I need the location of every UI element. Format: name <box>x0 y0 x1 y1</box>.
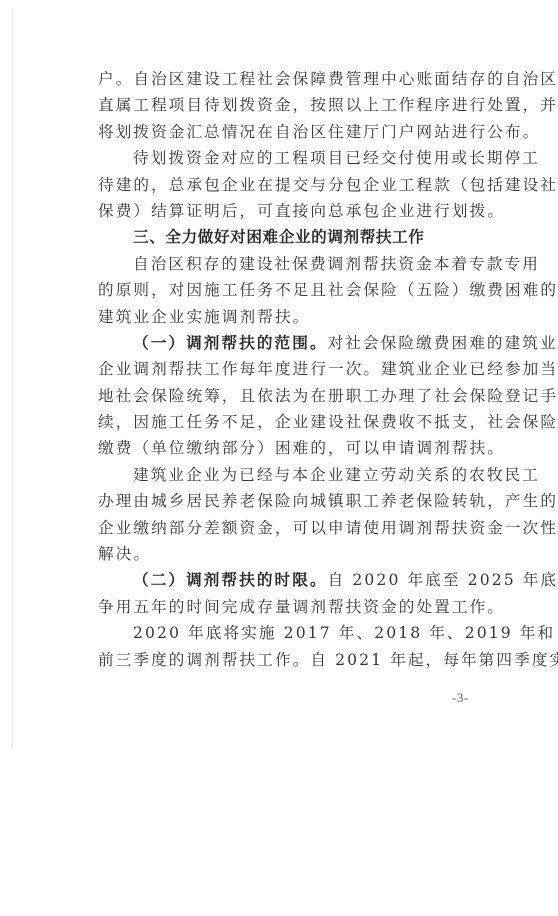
body-line: 前三季度的调剂帮扶工作。自 2021 年起，每年第四季度实 <box>98 647 474 673</box>
subsection-1-title: （一）调剂帮扶的范围。 <box>133 333 328 352</box>
section-heading: 三、全力做好对困难企业的调剂帮扶工作 <box>98 224 474 250</box>
body-line: 保费）结算证明后，可直接向总承包企业进行划拨。 <box>98 198 474 224</box>
body-line: 建筑业企业实施调剂帮扶。 <box>98 304 474 330</box>
body-line: 解决。 <box>98 541 474 567</box>
page-number: -3- <box>452 690 469 706</box>
body-line: 企业调剂帮扶工作每年度进行一次。建筑业企业已经参加当 <box>98 356 474 382</box>
body-line: 企业缴纳部分差额资金，可以申请使用调剂帮扶资金一次性 <box>98 515 474 541</box>
body-line: 地社会保险统筹，且依法为在册职工办理了社会保险登记手 <box>98 383 474 409</box>
scan-edge-line <box>12 8 13 748</box>
body-line: 的原则，对因施工任务不足且社会保险（五险）缴费困难的 <box>98 277 474 303</box>
body-line: 建筑业企业为已经与本企业建立劳动关系的农牧民工 <box>98 462 474 488</box>
body-line: 2020 年底将实施 2017 年、2018 年、2019 年和 2020 年 <box>98 620 474 646</box>
body-line: 争用五年的时间完成存量调剂帮扶资金的处置工作。 <box>98 594 474 620</box>
body-line: 户。自治区建设工程社会保障费管理中心账面结存的自治区 <box>98 66 474 92</box>
document-body: 户。自治区建设工程社会保障费管理中心账面结存的自治区 直属工程项目待划拨资金，按… <box>98 66 474 673</box>
subsection-2-title: （二）调剂帮扶的时限。 <box>133 570 328 589</box>
body-line: 直属工程项目待划拨资金，按照以上工作程序进行处置，并 <box>98 92 474 118</box>
body-line: 缴费（单位缴纳部分）困难的，可以申请调剂帮扶。 <box>98 435 474 461</box>
body-line: 将划拨资金汇总情况在自治区住建厅门户网站进行公布。 <box>98 119 474 145</box>
document-page: 户。自治区建设工程社会保障费管理中心账面结存的自治区 直属工程项目待划拨资金，按… <box>0 0 558 916</box>
body-line: 待建的，总承包企业在提交与分包企业工程款（包括建设社 <box>98 172 474 198</box>
body-line: 自治区积存的建设社保费调剂帮扶资金本着专款专用 <box>98 251 474 277</box>
body-text: 自 2020 年底至 2025 年底，力 <box>328 571 558 589</box>
body-line: 办理由城乡居民养老保险向城镇职工养老保险转轨，产生的 <box>98 488 474 514</box>
subsection-2-first-line: （二）调剂帮扶的时限。自 2020 年底至 2025 年底，力 <box>98 567 474 593</box>
body-text: 对社会保险缴费困难的建筑业 <box>328 334 558 352</box>
subsection-1-first-line: （一）调剂帮扶的范围。对社会保险缴费困难的建筑业 <box>98 330 474 356</box>
body-line: 续，因施工任务不足，企业建设社保费收不抵支，社会保险 <box>98 409 474 435</box>
body-line: 待划拨资金对应的工程项目已经交付使用或长期停工 <box>98 145 474 171</box>
